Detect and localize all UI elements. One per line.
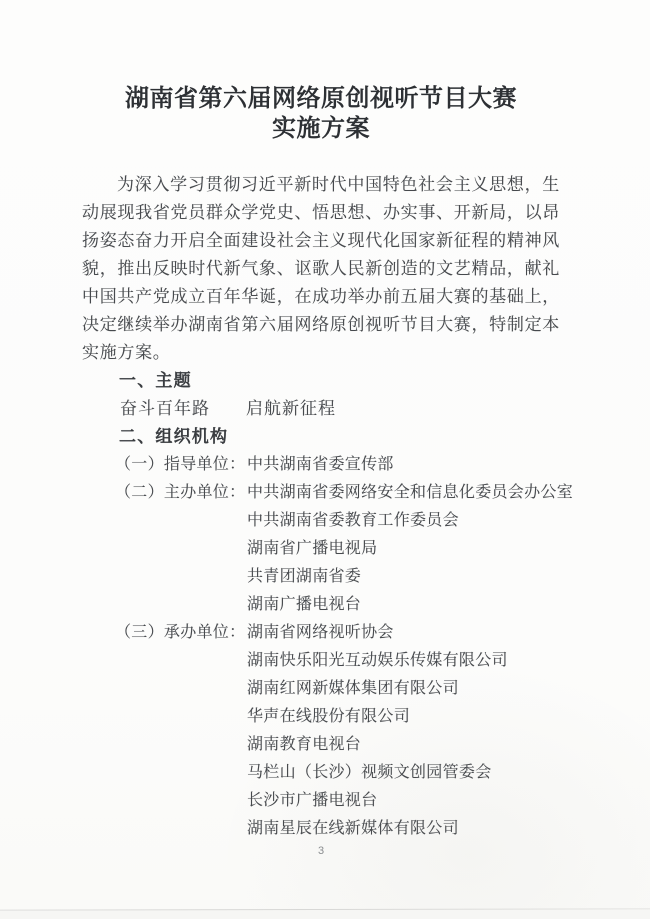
org-unit: 湖南星辰在线新媒体有限公司 bbox=[247, 815, 560, 843]
org-label: （三）承办单位： bbox=[82, 619, 247, 647]
document-body: 为深入学习贯彻习近平新时代中国特色社会主义思想，生 动展现我省党员群众学党史、悟… bbox=[82, 171, 560, 843]
intro-line: 实施方案。 bbox=[82, 339, 560, 367]
org-unit: 湖南广播电视台 bbox=[247, 591, 573, 619]
org-label: （二）主办单位： bbox=[82, 479, 247, 507]
section-heading-theme: 一、主题 bbox=[119, 367, 560, 395]
document-title-line2: 实施方案 bbox=[82, 114, 560, 144]
org-row-organizer-units: （三）承办单位： 湖南省网络视听协会 湖南快乐阳光互动娱乐传媒有限公司 湖南红网… bbox=[82, 619, 560, 843]
intro-line: 决定继续举办湖南省第六届网络原创视听节目大赛，特制定本 bbox=[82, 311, 560, 339]
org-unit: 长沙市广播电视台 bbox=[247, 787, 560, 815]
org-unit: 中共湖南省委宣传部 bbox=[247, 451, 560, 479]
org-unit-list: 湖南省网络视听协会 湖南快乐阳光互动娱乐传媒有限公司 湖南红网新媒体集团有限公司… bbox=[247, 619, 560, 843]
document-content: 湖南省第六届网络原创视听节目大赛 实施方案 为深入学习贯彻习近平新时代中国特色社… bbox=[82, 0, 560, 859]
org-row-guidance-unit: （一）指导单位： 中共湖南省委宣传部 bbox=[82, 451, 560, 479]
org-unit: 湖南红网新媒体集团有限公司 bbox=[247, 675, 560, 703]
theme-text: 奋斗百年路 启航新征程 bbox=[120, 395, 560, 423]
page-number: 3 bbox=[82, 843, 560, 859]
org-unit: 马栏山（长沙）视频文创园管委会 bbox=[247, 759, 560, 787]
org-unit: 湖南省广播电视局 bbox=[247, 535, 573, 563]
org-unit: 中共湖南省委网络安全和信息化委员会办公室 bbox=[247, 479, 573, 507]
org-unit: 华声在线股份有限公司 bbox=[247, 703, 560, 731]
document-title-line1: 湖南省第六届网络原创视听节目大赛 bbox=[82, 84, 560, 114]
org-unit: 湖南省网络视听协会 bbox=[247, 619, 560, 647]
org-row-host-units: （二）主办单位： 中共湖南省委网络安全和信息化委员会办公室 中共湖南省委教育工作… bbox=[82, 479, 560, 619]
org-unit-list: 中共湖南省委宣传部 bbox=[247, 451, 560, 479]
scan-bottom-margin bbox=[0, 910, 650, 919]
org-unit: 共青团湖南省委 bbox=[247, 563, 573, 591]
intro-line: 动展现我省党员群众学党史、悟思想、办实事、开新局，以昂 bbox=[82, 199, 560, 227]
scanned-document-page: 湖南省第六届网络原创视听节目大赛 实施方案 为深入学习贯彻习近平新时代中国特色社… bbox=[0, 0, 650, 919]
org-unit-list: 中共湖南省委网络安全和信息化委员会办公室 中共湖南省委教育工作委员会 湖南省广播… bbox=[247, 479, 573, 619]
intro-line: 中国共产党成立百年华诞，在成功举办前五届大赛的基础上， bbox=[82, 283, 560, 311]
intro-line: 扬姿态奋力开启全面建设社会主义现代化国家新征程的精神风 bbox=[82, 227, 560, 255]
org-label: （一）指导单位： bbox=[82, 451, 247, 479]
intro-line: 貌，推出反映时代新气象、讴歌人民新创造的文艺精品，献礼 bbox=[82, 255, 560, 283]
org-unit: 中共湖南省委教育工作委员会 bbox=[247, 507, 573, 535]
intro-line: 为深入学习贯彻习近平新时代中国特色社会主义思想，生 bbox=[82, 171, 560, 199]
document-title: 湖南省第六届网络原创视听节目大赛 实施方案 bbox=[82, 84, 560, 144]
org-unit: 湖南教育电视台 bbox=[247, 731, 560, 759]
org-unit: 湖南快乐阳光互动娱乐传媒有限公司 bbox=[247, 647, 560, 675]
section-heading-organization: 二、组织机构 bbox=[119, 423, 560, 451]
